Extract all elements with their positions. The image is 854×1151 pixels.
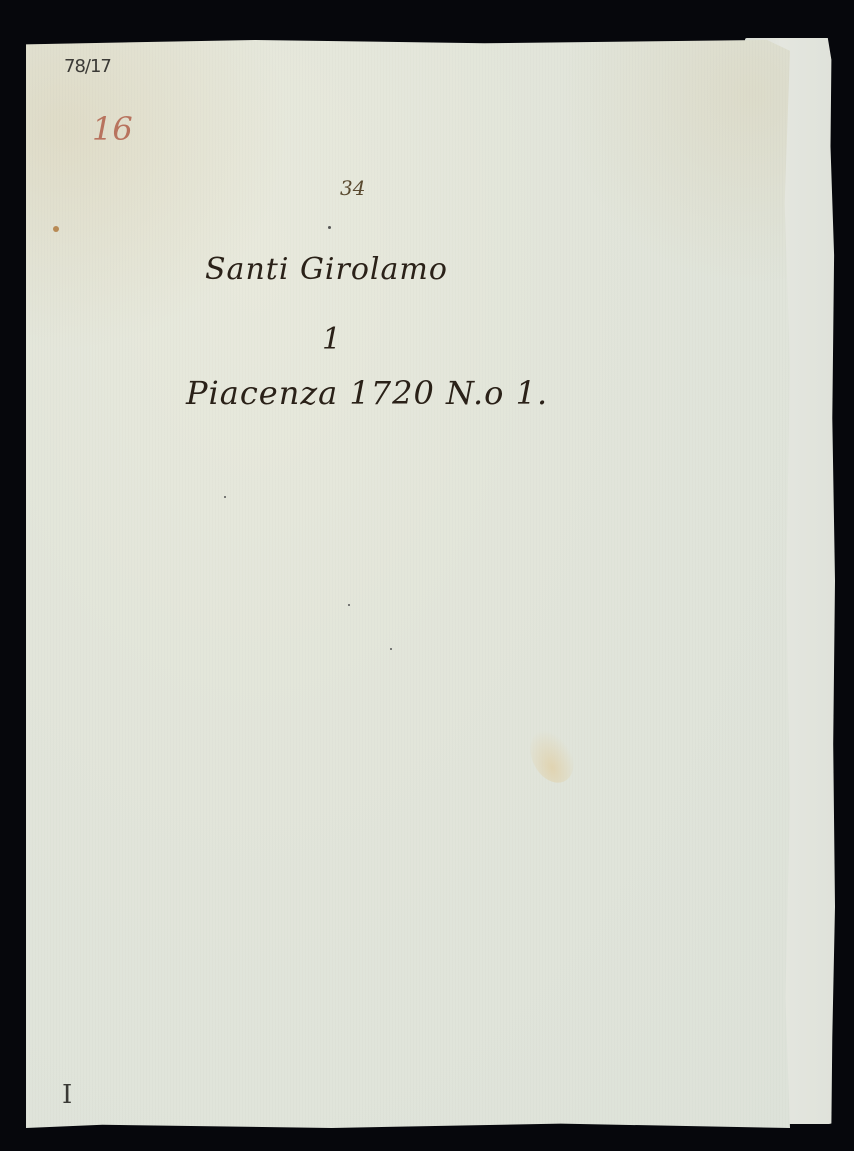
paper-speck: [53, 226, 59, 232]
document-title: Santi Girolamo: [205, 252, 448, 287]
place-date-line: Piacenza 1720 N.o 1.: [186, 374, 548, 412]
roman-numeral-mark: I: [62, 1080, 72, 1110]
shelfmark-label: 78/17: [64, 56, 111, 77]
volume-number: 1: [322, 322, 341, 357]
paper-speck: [224, 496, 226, 498]
document-page: [26, 40, 790, 1128]
paper-speck: [348, 604, 350, 606]
red-pencil-number: 16: [92, 110, 133, 148]
paper-speck: [390, 648, 392, 650]
paper-speck: [328, 226, 331, 229]
document-number: 34: [340, 176, 365, 200]
